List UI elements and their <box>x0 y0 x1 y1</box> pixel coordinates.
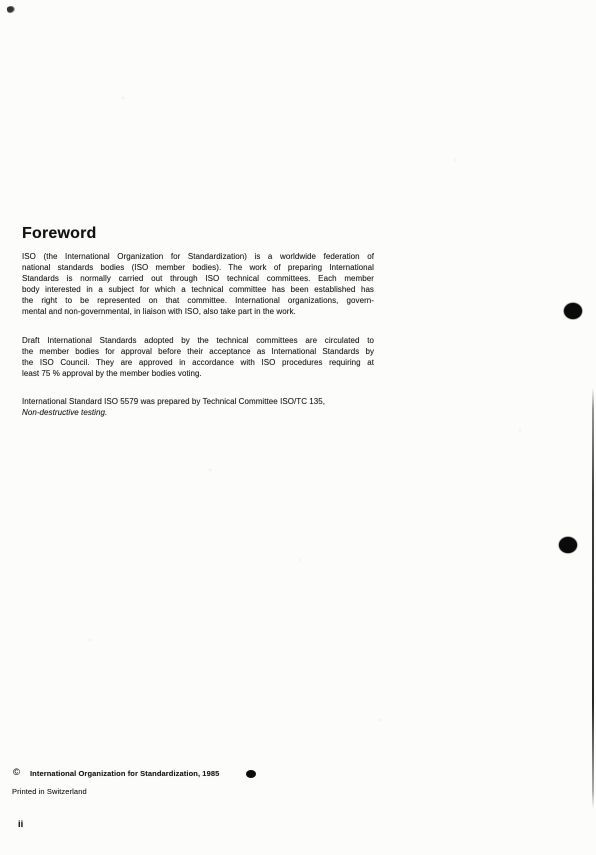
paragraph-line: least 75 % approval by the member bodies… <box>22 368 374 379</box>
copyright-notice: International Organization for Standardi… <box>30 769 219 778</box>
page-number: ii <box>18 820 23 830</box>
scanned-page: Foreword ISO (the International Organiza… <box>0 0 596 855</box>
paragraph-line: ISO (the International Organization for … <box>22 251 374 262</box>
paragraph-line: the member bodies for approval before th… <box>22 346 374 357</box>
copyright-symbol: © <box>13 768 20 778</box>
paragraph-line: mental and non-governmental, in liaison … <box>22 306 374 317</box>
scan-edge-line <box>592 388 594 808</box>
paragraph-line: International Standard ISO 5579 was prep… <box>22 396 374 407</box>
corner-smudge-mark <box>6 5 15 14</box>
paragraph-line: the ISO Council. They are approved in ac… <box>22 357 374 368</box>
paragraph-line: Standards is normally carried out throug… <box>22 273 374 284</box>
paragraph-line: Draft International Standards adopted by… <box>22 335 374 346</box>
paragraph-line: body interested in a subject for which a… <box>22 284 374 295</box>
foreword-paragraph-1: ISO (the International Organization for … <box>22 251 374 317</box>
foreword-paragraph-3: International Standard ISO 5579 was prep… <box>22 396 374 418</box>
committee-title-italic: Non-destructive testing. <box>22 407 374 418</box>
filled-dot-icon <box>246 770 256 778</box>
printed-in-note: Printed in Switzerland <box>12 787 87 796</box>
registration-dot-icon <box>564 303 582 319</box>
registration-dot-icon <box>559 537 577 553</box>
paragraph-line: the right to be represented on that comm… <box>22 295 374 306</box>
foreword-paragraph-2: Draft International Standards adopted by… <box>22 335 374 379</box>
paragraph-line: national standards bodies (ISO member bo… <box>22 262 374 273</box>
foreword-heading: Foreword <box>22 225 97 242</box>
